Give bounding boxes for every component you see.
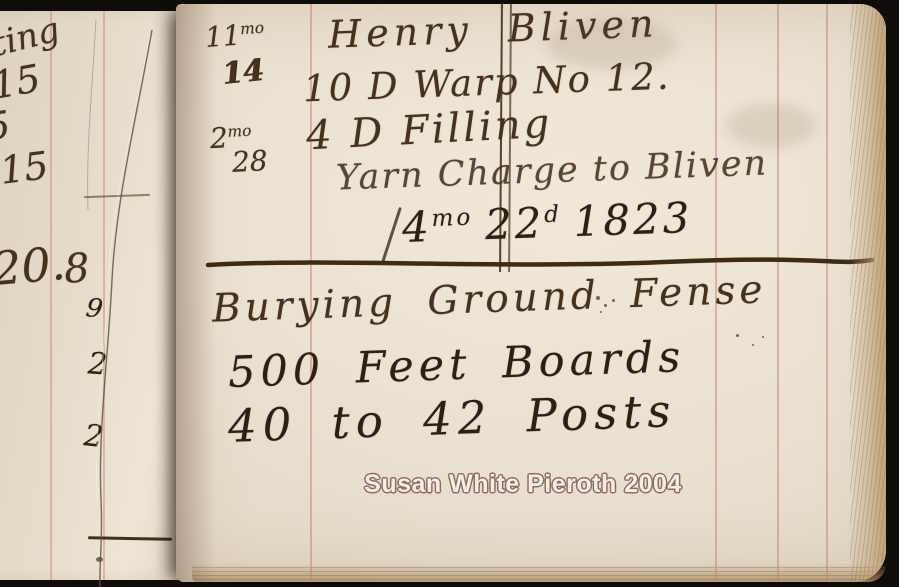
ink-speckle bbox=[600, 311, 602, 313]
watermark: Susan White Pieroth 2004 bbox=[338, 470, 708, 499]
ink-smudge bbox=[546, 18, 676, 70]
gutter-shadow bbox=[176, 4, 216, 582]
ink-smudge bbox=[726, 104, 816, 148]
date-day: 22 bbox=[484, 198, 545, 249]
prev-page-number-fragment: 8 bbox=[63, 248, 91, 290]
ink-speckle bbox=[762, 336, 764, 338]
date-day-suffix: d bbox=[544, 201, 563, 228]
prev-page-number-fragment: 15 bbox=[0, 59, 43, 105]
red-rule-line bbox=[826, 4, 828, 582]
red-rule-line bbox=[50, 11, 52, 580]
entry-line-filling: 4 D Filling bbox=[305, 104, 553, 157]
date-month-unit: mo bbox=[431, 205, 474, 232]
entry-day: 28 bbox=[231, 147, 268, 177]
date-year: 1823 bbox=[573, 193, 694, 246]
stub-digit-fragment: 2 bbox=[82, 421, 104, 453]
stub-digit-fragment: 2 bbox=[87, 349, 108, 380]
red-rule-line bbox=[777, 4, 779, 582]
ledger-photo: nting 15 5 15 20. 8 9 2 2 11mo 14 Henry … bbox=[0, 0, 899, 587]
stray-pen-stroke bbox=[88, 536, 172, 540]
entry-day: 14 bbox=[221, 56, 266, 90]
month-unit: mo bbox=[227, 122, 252, 141]
section-divider-line bbox=[204, 254, 876, 272]
entry-date: 4mo 22d 1823 bbox=[401, 197, 693, 249]
prev-page-number-fragment: 5 bbox=[0, 106, 13, 147]
stub-digit-fragment: 9 bbox=[84, 295, 104, 323]
ink-speckle bbox=[736, 334, 739, 337]
ink-speckle bbox=[604, 304, 607, 307]
prev-page-number-fragment: 20. bbox=[0, 240, 67, 292]
ink-blot bbox=[96, 557, 103, 562]
entry-date-month: 11mo bbox=[204, 20, 265, 52]
stray-pen-stroke bbox=[84, 194, 150, 198]
month-number: 2 bbox=[209, 121, 229, 155]
ink-speckle bbox=[752, 344, 754, 346]
entry-line-posts: 40 to 42 Posts bbox=[227, 388, 677, 449]
entry-title: Burying Ground Fense bbox=[211, 270, 767, 328]
month-unit: mo bbox=[240, 19, 265, 39]
date-month: 4 bbox=[401, 202, 432, 252]
month-number: 11 bbox=[204, 19, 242, 54]
prev-page-number-fragment: 15 bbox=[0, 146, 50, 190]
ink-speckle bbox=[596, 296, 600, 300]
ink-speckle bbox=[612, 299, 615, 302]
